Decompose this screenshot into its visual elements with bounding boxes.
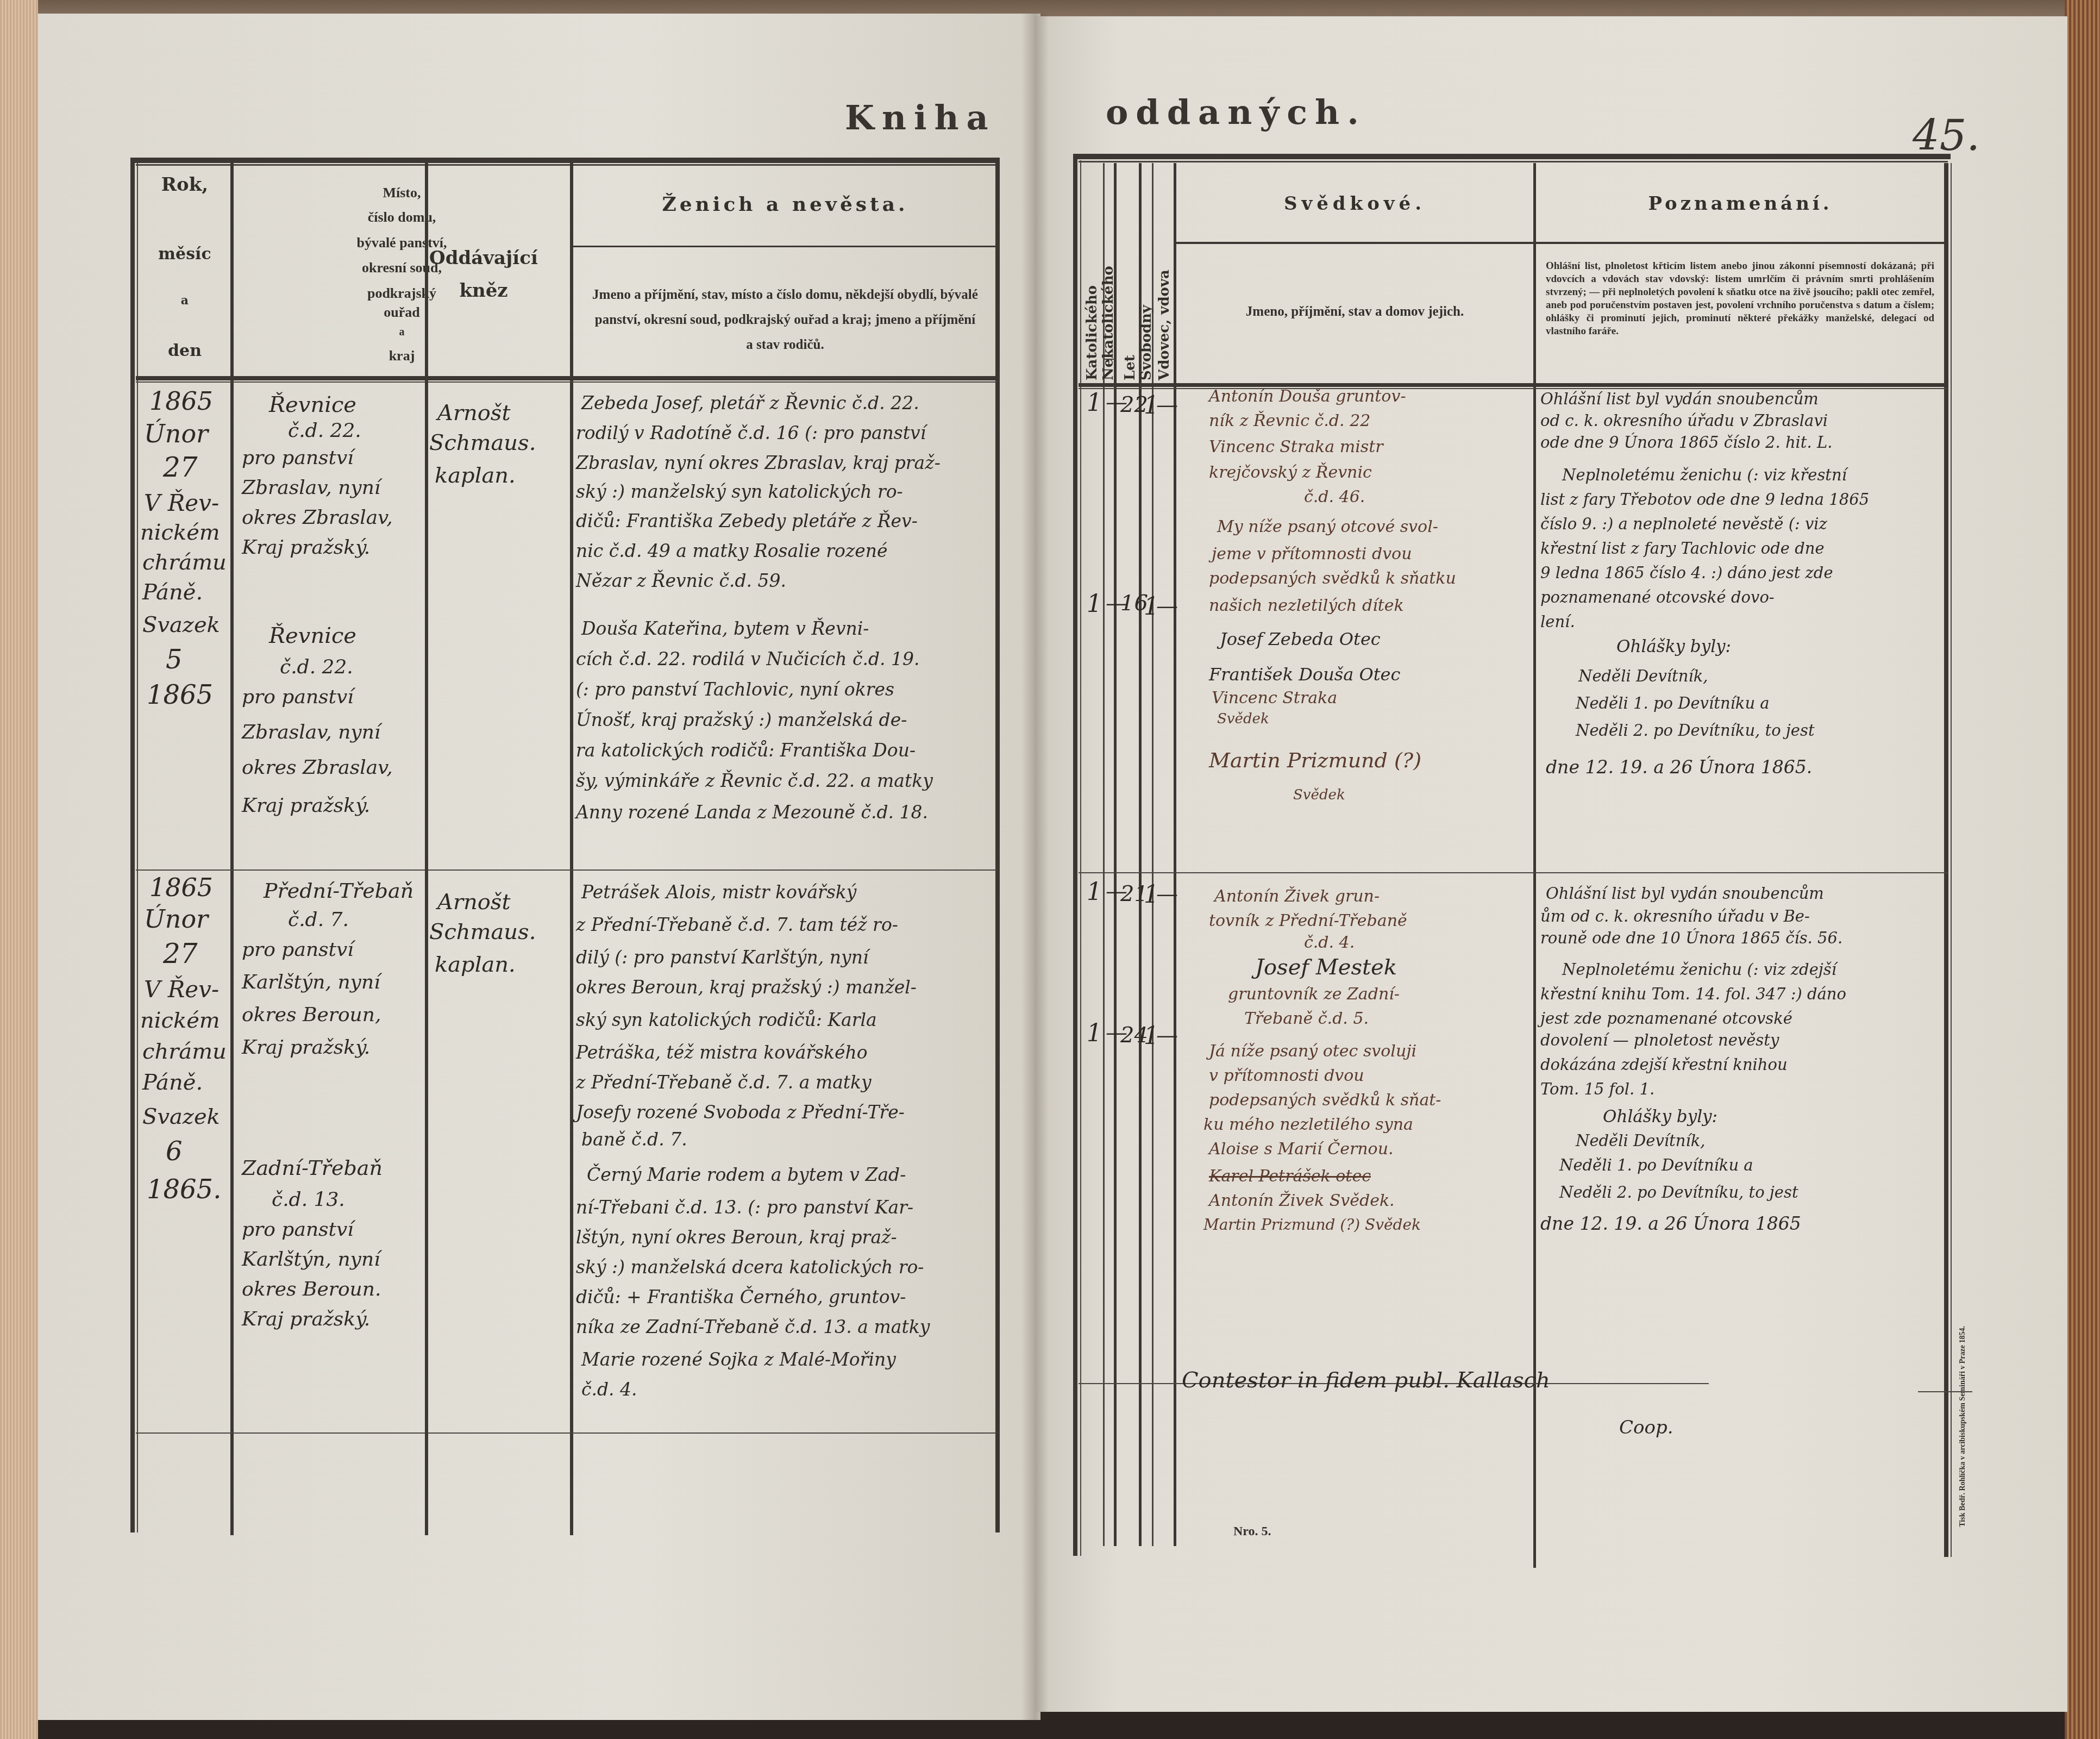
bride-line: Marie rozené Sojka z Malé-Mořiny: [581, 1350, 896, 1368]
page-number: 45.: [1913, 111, 1980, 160]
header-date-den: den: [139, 341, 231, 360]
book-page-stack-right: [2065, 0, 2100, 1739]
header-priest-line2: kněz: [391, 280, 576, 302]
remark-line: křestní knihu Tom. 14. fol. 347 :) dáno: [1540, 986, 1846, 1002]
bride-line: Černý Marie rodem a bytem v Zad-: [587, 1166, 906, 1184]
groom-line: Nězar z Řevnic č.d. 59.: [576, 572, 786, 590]
bride-line: Únošť, kraj pražský :) manželská de-: [576, 711, 907, 729]
header-remarks-subtitle: Ohlášní list, plnoletost křticím listem …: [1546, 260, 1934, 338]
header-witnesses-subtitle: Jmeno, příjmění, stav a domov jejich.: [1176, 304, 1533, 320]
bride-catholic: 1: [1087, 592, 1102, 616]
groom-widowed: —: [1156, 394, 1178, 416]
groom-line: okres Beroun, kraj pražský :) manžel-: [576, 978, 917, 996]
remark-line: Neplnoletému ženichu (: viz křestní: [1562, 467, 1847, 483]
entry1-priest: Schmaus.: [429, 432, 536, 454]
bride-line: cích č.d. 22. rodilá v Nučicích č.d. 19.: [576, 650, 919, 668]
groom-line: Petrášek Alois, mistr kovářský: [581, 883, 856, 901]
witness-signature: Antonín Živek Svědek.: [1209, 1193, 1395, 1209]
entry2-date-place: nickém: [140, 1010, 220, 1031]
header-date-rok: Rok,: [139, 174, 231, 196]
entry2-date-day: 27: [163, 940, 198, 967]
witness-line: gruntovník ze Zadní-: [1228, 986, 1400, 1003]
entry2-volume-label: Svazek: [142, 1106, 220, 1128]
header-single: Svobodný: [1138, 293, 1155, 380]
groom-line: Zbraslav, nyní okres Zbraslav, kraj praž…: [576, 454, 941, 472]
bride-line: ský :) manželská dcera katolických ro-: [576, 1258, 924, 1276]
entry1-groom-place: Kraj pražský.: [242, 538, 370, 558]
attestation-title: Coop.: [1619, 1418, 1673, 1437]
remark-line: Ohlášky byly:: [1616, 639, 1731, 655]
entry1-date-month: Únor: [144, 421, 208, 446]
witness-line: Antonín Živek grun-: [1214, 889, 1380, 905]
entry1-date-day: 27: [163, 454, 198, 481]
printer-imprint: Tisk Bedř. Rohlíčka v arcibiskupském Sem…: [1959, 1326, 1967, 1527]
remark-line: lení.: [1540, 614, 1575, 630]
entry2-volume-number: 6: [166, 1139, 183, 1165]
bride-catholic: 1: [1087, 1022, 1102, 1046]
remark-line: 9 ledna 1865 číslo 4. :) dáno jest zde: [1540, 565, 1833, 581]
bride-widowed: —: [1156, 595, 1178, 617]
header-date-mesic: měsíc: [139, 245, 231, 264]
bride-line: níka ze Zadní-Třebaně č.d. 13. a matky: [576, 1318, 930, 1336]
remark-line: dne 12. 19. a 26 Února 1865.: [1546, 758, 1812, 776]
entry1-bride-place: č.d. 22.: [280, 658, 353, 677]
bride-line: šy, výminkáře z Řevnic č.d. 22. a matky: [576, 772, 933, 790]
remark-line: Neděli 1. po Devítníku a: [1576, 696, 1770, 711]
remark-line: Neděli Devítník,: [1576, 1133, 1706, 1149]
entry2-bride-place: okres Beroun.: [242, 1280, 381, 1299]
witness-signature: Martin Prizmund (?): [1209, 750, 1421, 771]
remark-line: jest zde poznamenané otcovské: [1540, 1011, 1792, 1027]
header-remarks-title: Poznamenání.: [1536, 193, 1945, 215]
book-title-left: Kniha: [845, 98, 996, 137]
groom-line: ský :) manželský syn katolických ro-: [576, 483, 903, 501]
remark-line: dokázána zdejší křestní knihou: [1540, 1057, 1788, 1073]
witness-line: Aloise s Marií Černou.: [1209, 1141, 1394, 1158]
groom-line: Josefy rozené Svoboda z Přední-Tře-: [576, 1103, 905, 1121]
witness-signature: Svědek: [1217, 712, 1269, 726]
witness-signature: Karel Petrášek otec: [1209, 1168, 1371, 1185]
entry1-date-place: V Řev-: [144, 492, 219, 515]
groom-line: z Přední-Třebaně č.d. 7. a matky: [576, 1073, 872, 1091]
entry1-bride-place: okres Zbraslav,: [242, 758, 393, 778]
remark-line: ode dne 9 Února 1865 číslo 2. hit. L.: [1540, 435, 1832, 451]
entry2-bride-place: Kraj pražský.: [242, 1310, 370, 1329]
entry2-groom-place: Karlštýn, nyní: [242, 973, 380, 992]
witness-line: podepsaných svědků k sňat-: [1209, 1092, 1441, 1109]
entry1-groom-place: Zbraslav, nyní: [242, 478, 380, 498]
header-date-a: a: [139, 293, 231, 308]
entry1-volume-label: Svazek: [142, 614, 220, 636]
bride-line: lštýn, nyní okres Beroun, kraj praž-: [576, 1228, 897, 1246]
remark-line: Tom. 15 fol. 1.: [1540, 1081, 1654, 1097]
entry2-volume-year: 1865.: [147, 1177, 221, 1203]
witness-line: ník z Řevnic č.d. 22: [1209, 413, 1370, 429]
remark-line: od c. k. okresního úřadu v Zbraslavi: [1540, 413, 1828, 429]
remark-line: rouně ode dne 10 Února 1865 čís. 56.: [1540, 930, 1842, 946]
entry1-bride-place: Řevnice: [269, 625, 356, 647]
entry2-date-month: Únor: [144, 906, 208, 931]
entry1-bride-place: Zbraslav, nyní: [242, 723, 380, 742]
groom-line: baně č.d. 7.: [581, 1130, 687, 1148]
attestation-signature: Contestor in fidem publ. Kallasch: [1182, 1369, 1550, 1391]
entry1-groom-place: Řevnice: [269, 394, 356, 416]
bride-line: Douša Kateřina, bytem v Řevni-: [581, 620, 869, 637]
witness-line: My níže psaný otcové svol-: [1217, 519, 1438, 535]
witness-line: Vincenc Straka mistr: [1209, 439, 1383, 455]
groom-line: dilý (: pro panství Karlštýn, nyní: [576, 948, 868, 966]
witness-line: Já níže psaný otec svoluji: [1209, 1043, 1416, 1060]
remark-line: Ohlášní list byl vydán snoubencům: [1540, 391, 1819, 407]
remark-line: Neděli Devítník,: [1578, 668, 1708, 684]
header-place-line: ouřad: [235, 304, 569, 321]
left-col-divider: [425, 163, 428, 1535]
header-widowed: Vdovec, vdova: [1156, 253, 1173, 380]
bride-line: ní-Třebani č.d. 13. (: pro panství Kar-: [576, 1198, 913, 1216]
groom-line: nic č.d. 49 a matky Rosalie rozené: [576, 542, 888, 560]
witness-line: krejčovský z Řevnic: [1209, 465, 1372, 481]
witness-line: č.d. 4.: [1304, 935, 1355, 951]
form-number: Nro. 5.: [1233, 1524, 1271, 1539]
witness-line: Josef Mestek: [1255, 956, 1397, 978]
entry2-bride-place: pro panství: [242, 1220, 354, 1240]
entry1-bride-place: pro panství: [242, 687, 354, 707]
bride-line: (: pro panství Tachlovic, nyní okres: [576, 680, 894, 698]
header-age: Let: [1122, 348, 1138, 380]
groom-line: Zebeda Josef, pletář z Řevnic č.d. 22.: [581, 394, 919, 412]
groom-line: dičů: Františka Zebedy pletáře z Řev-: [576, 512, 918, 530]
bride-line: ra katolických rodičů: Františka Dou-: [576, 741, 916, 759]
entry1-volume-year: 1865: [147, 682, 213, 708]
witness-line: jeme v přítomnosti dvou: [1212, 546, 1412, 562]
entry2-date-place: Páně.: [142, 1072, 203, 1093]
entry1-bride-place: Kraj pražský.: [242, 796, 370, 816]
remark-line: Neděli 2. po Devítníku, to jest: [1576, 723, 1815, 739]
entry1-groom-place: č.d. 22.: [288, 421, 361, 441]
entry1-priest: kaplan.: [435, 465, 516, 486]
entry2-date-year: 1865: [149, 875, 213, 900]
witness-line: tovník z Přední-Třebaně: [1209, 913, 1407, 929]
entry1-groom-place: okres Zbraslav,: [242, 508, 393, 528]
remark-line: křestní list z fary Tachlovic ode dne: [1540, 541, 1825, 556]
groom-widowed: —: [1156, 883, 1178, 905]
header-noncatholic: Nekatolického: [1100, 255, 1117, 380]
entry2-bride-place: Karlštýn, nyní: [242, 1250, 380, 1269]
entry1-priest: Arnošt: [437, 402, 510, 424]
remark-line: list z fary Třebotov ode dne 9 ledna 186…: [1540, 492, 1869, 508]
entry1-date-place: Páně.: [142, 581, 203, 603]
header-place-line: číslo domu,: [235, 209, 569, 226]
entry2-groom-place: Kraj pražský.: [242, 1038, 370, 1058]
groom-line: rodilý v Radotíně č.d. 16 (: pro panství: [576, 424, 926, 442]
entry1-date-place: chrámu: [142, 552, 227, 573]
witness-line: podepsaných svědků k sňatku: [1209, 571, 1456, 587]
entry2-groom-place: okres Beroun,: [242, 1005, 381, 1025]
witness-line: v přítomnosti dvou: [1209, 1068, 1364, 1084]
header-witnesses-title: Svědkové.: [1176, 193, 1533, 215]
remark-line: Ohlášky byly:: [1603, 1109, 1717, 1125]
header-place-line: Místo,: [235, 185, 569, 201]
witness-line: č.d. 46.: [1304, 489, 1365, 505]
bride-line: dičů: + Františka Černého, gruntov-: [576, 1288, 906, 1306]
header-couple-title: Ženich a nevěsta.: [573, 193, 997, 216]
witness-line: Třebaně č.d. 5.: [1244, 1011, 1369, 1027]
header-catholic: Katolického: [1084, 272, 1100, 380]
remark-line: dne 12. 19. a 26 Února 1865: [1540, 1215, 1801, 1233]
book-title-right: oddaných.: [1106, 92, 1366, 132]
remark-line: Neděli 1. po Devítníku a: [1559, 1158, 1753, 1173]
entry2-priest: Arnošt: [437, 891, 510, 913]
groom-line: z Přední-Třebaně č.d. 7. tam též ro-: [576, 916, 898, 934]
remark-line: dovolení — plnoletost nevěsty: [1540, 1033, 1779, 1048]
witness-line: Antonín Douša gruntov-: [1209, 389, 1406, 405]
book-gutter: [1021, 14, 1049, 1720]
entry2-date-place: chrámu: [142, 1041, 227, 1062]
groom-catholic: 1: [1087, 880, 1102, 904]
entry2-priest: kaplan.: [435, 954, 516, 975]
witness-signature: Josef Zebeda Otec: [1220, 630, 1381, 648]
entry2-groom-place: č.d. 7.: [288, 910, 349, 930]
entry2-bride-place: Zadní-Třebaň: [242, 1158, 383, 1178]
header-priest-line1: Oddávající: [391, 247, 576, 269]
remark-line: Neplnoletému ženichu (: viz zdejší: [1562, 962, 1836, 978]
bride-widowed: —: [1156, 1024, 1178, 1046]
witness-signature: František Douša Otec: [1209, 666, 1400, 683]
header-place-line: kraj: [235, 348, 569, 364]
entry2-groom-place: pro panství: [242, 940, 354, 960]
entry2-priest: Schmaus.: [429, 921, 536, 943]
remark-line: Neděli 2. po Devítníku, to jest: [1559, 1185, 1798, 1200]
remark-line: poznamenané otcovské dovo-: [1540, 590, 1775, 605]
groom-catholic: 1: [1087, 391, 1102, 415]
bride-line: č.d. 4.: [581, 1380, 637, 1398]
header-place-line: a: [235, 326, 569, 339]
header-couple-subtitle: Jmeno a příjmění, stav, místo a číslo do…: [592, 283, 978, 358]
entry2-date-place: V Řev-: [144, 978, 219, 1001]
remark-line: číslo 9. :) a neplnoleté nevěstě (: viz: [1540, 516, 1827, 532]
entry1-groom-place: pro panství: [242, 448, 354, 468]
entry2-bride-place: č.d. 13.: [272, 1190, 345, 1210]
witness-signature: Martin Prizmund (?) Svědek: [1203, 1217, 1421, 1233]
groom-line: Petráška, též mistra kovářského: [576, 1043, 868, 1061]
witness-signature: Svědek: [1293, 788, 1345, 802]
remark-line: ům od c. k. okresního úřadu v Be-: [1540, 909, 1810, 924]
entry1-date-place: nickém: [140, 522, 220, 543]
entry1-date-year: 1865: [149, 389, 213, 414]
entry2-groom-place: Přední-Třebaň: [264, 880, 413, 901]
remark-line: Ohlášní list byl vydán snoubencům: [1546, 886, 1824, 902]
witness-line: ku mého nezletilého syna: [1203, 1117, 1413, 1133]
bride-line: Anny rozené Landa z Mezouně č.d. 18.: [576, 803, 928, 821]
witness-signature: Vincenc Straka: [1212, 690, 1337, 706]
book-page-stack-left: [0, 0, 38, 1739]
entry1-volume-number: 5: [166, 647, 183, 673]
groom-line: ský syn katolických rodičů: Karla: [576, 1011, 877, 1029]
witness-line: našich nezletilých dítek: [1209, 598, 1404, 614]
